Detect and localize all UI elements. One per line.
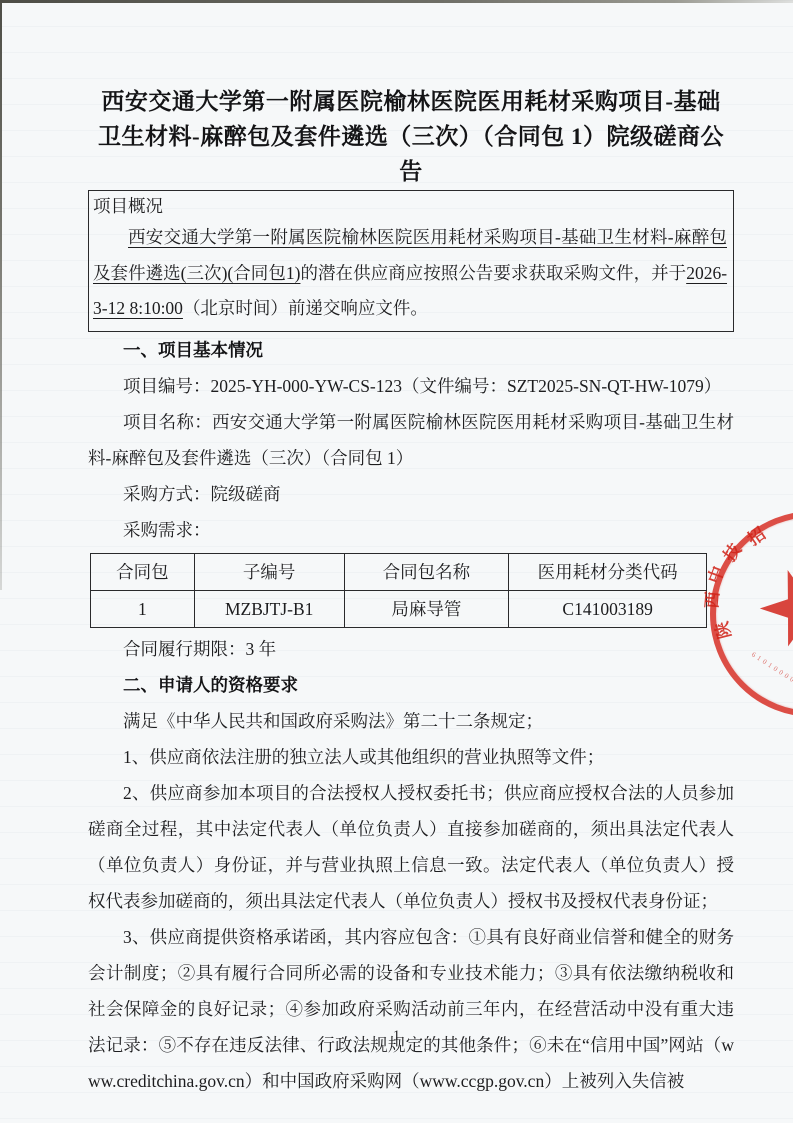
overview-paragraph: 西安交通大学第一附属医院榆林医院医用耗材采购项目-基础卫生材料-麻醉包及套件遴选… bbox=[93, 220, 727, 327]
qualification-item2: 2、供应商参加本项目的合法授权人授权委托书；供应商应授权合法的人员参加磋商全过程… bbox=[88, 775, 734, 919]
col-header-package: 合同包 bbox=[91, 553, 195, 590]
scan-edge-left bbox=[0, 0, 2, 590]
page-number: 1 bbox=[0, 1028, 793, 1045]
document-title: 西安交通大学第一附属医院榆林医院医用耗材采购项目-基础卫生材料-麻醉包及套件遴选… bbox=[91, 84, 731, 189]
section2-heading: 二、申请人的资格要求 bbox=[88, 667, 734, 703]
scan-edge-top bbox=[0, 0, 793, 3]
project-overview-box: 项目概况 西安交通大学第一附属医院榆林医院医用耗材采购项目-基础卫生材料-麻醉包… bbox=[88, 190, 734, 332]
qualification-intro-line: 满足《中华人民共和国政府采购法》第二十二条规定； bbox=[88, 703, 734, 739]
section1-heading: 一、项目基本情况 bbox=[88, 332, 734, 368]
scanned-document-page: 西安交通大学第一附属医院榆林医院医用耗材采购项目-基础卫生材料-麻醉包及套件遴选… bbox=[0, 0, 793, 1123]
project-name-line: 项目名称：西安交通大学第一附属医院榆林医院医用耗材采购项目-基础卫生材料-麻醉包… bbox=[88, 404, 734, 476]
overview-text-tail: （北京时间）前递交响应文件。 bbox=[183, 298, 428, 318]
procurement-demand-table: 合同包 子编号 合同包名称 医用耗材分类代码 1 MZBJTJ-B1 局麻导管 … bbox=[90, 553, 707, 628]
contract-duration-line: 合同履行期限：3 年 bbox=[88, 631, 734, 667]
project-number-line: 项目编号：2025-YH-000-YW-CS-123（文件编号：SZT2025-… bbox=[88, 368, 734, 404]
qualification-item1: 1、供应商依法注册的独立法人或其他组织的营业执照等文件； bbox=[88, 739, 734, 775]
cell-package-name: 局麻导管 bbox=[344, 590, 509, 627]
document-content: 西安交通大学第一附属医院榆林医院医用耗材采购项目-基础卫生材料-麻醉包及套件遴选… bbox=[88, 84, 734, 1099]
procurement-method-line: 采购方式：院级磋商 bbox=[88, 476, 734, 512]
seal-char: 招 bbox=[743, 523, 771, 551]
table-header-row: 合同包 子编号 合同包名称 医用耗材分类代码 bbox=[91, 553, 707, 590]
cell-category-code: C141003189 bbox=[509, 590, 707, 627]
overview-label: 项目概况 bbox=[93, 193, 727, 220]
col-header-category-code: 医用耗材分类代码 bbox=[509, 553, 707, 590]
cell-subnumber: MZBJTJ-B1 bbox=[194, 590, 344, 627]
col-header-package-name: 合同包名称 bbox=[344, 553, 509, 590]
seal-serial-number: 61010000 bbox=[750, 650, 793, 685]
col-header-subnumber: 子编号 bbox=[194, 553, 344, 590]
cell-package: 1 bbox=[91, 590, 195, 627]
table-row: 1 MZBJTJ-B1 局麻导管 C141003189 bbox=[91, 590, 707, 627]
overview-text: 的潜在供应商应按照公告要求获取采购文件，并于 bbox=[300, 263, 686, 283]
demand-label-line: 采购需求： bbox=[88, 512, 734, 548]
qualification-item3: 3、供应商提供资格承诺函，其内容应包含：①具有良好商业信誉和健全的财务会计制度；… bbox=[88, 919, 734, 1099]
seal-star-icon bbox=[750, 558, 793, 659]
